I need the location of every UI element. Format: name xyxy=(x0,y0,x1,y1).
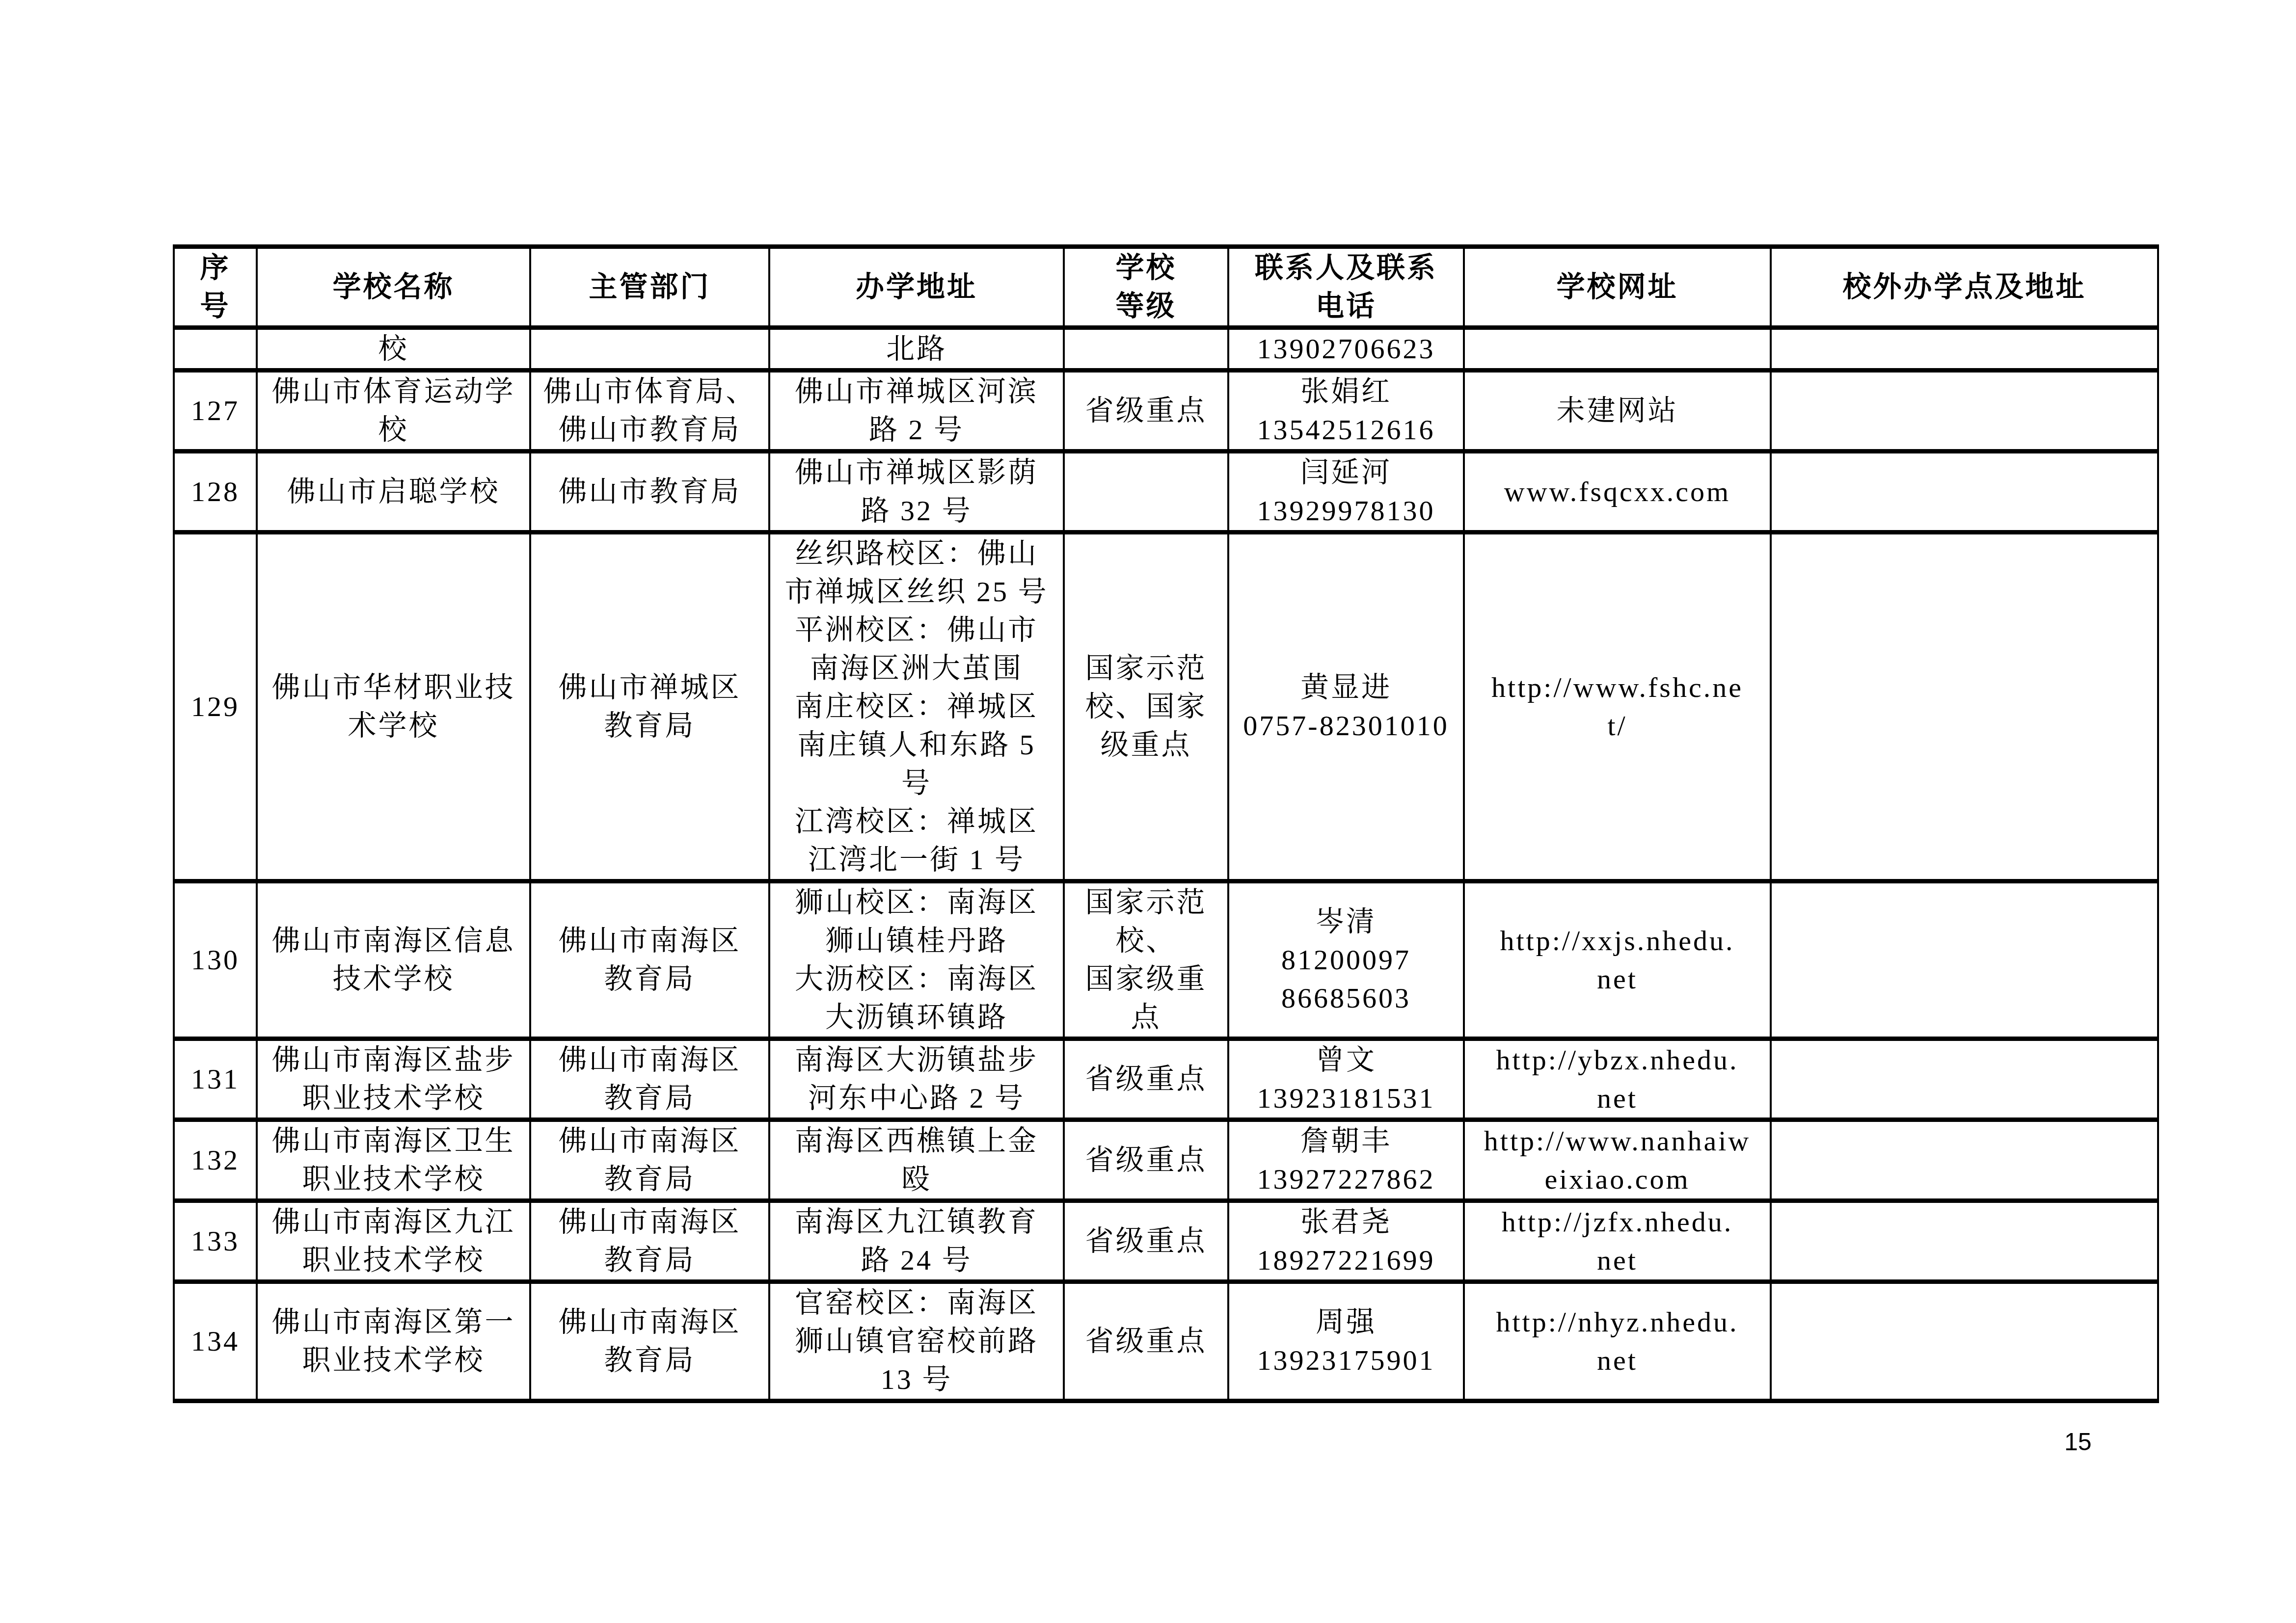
cell-offsite xyxy=(1771,371,2158,452)
cell-level: 省级重点 xyxy=(1064,1120,1228,1201)
table-row: 133佛山市南海区九江 职业技术学校佛山市南海区 教育局南海区九江镇教育 路 2… xyxy=(174,1201,2158,1282)
cell-no: 129 xyxy=(174,532,257,881)
cell-dept: 佛山市南海区 教育局 xyxy=(530,1282,769,1401)
cell-site: http://nhyz.nhedu. net xyxy=(1464,1282,1771,1401)
header-serial-number: 序 号 xyxy=(174,247,257,328)
table-body: 校北路13902706623127佛山市体育运动学 校佛山市体育局、 佛山市教育… xyxy=(174,328,2158,1401)
table-row: 128佛山市启聪学校佛山市教育局佛山市禅城区影荫 路 32 号闫延河 13929… xyxy=(174,452,2158,532)
cell-contact: 张娟红 13542512616 xyxy=(1228,371,1464,452)
schools-table: 序 号 学校名称 主管部门 办学地址 学校 等级 联系人及联系 电话 学校网址 … xyxy=(173,244,2159,1403)
cell-site: http://www.nanhaiw eixiao.com xyxy=(1464,1120,1771,1201)
cell-contact: 13902706623 xyxy=(1228,328,1464,371)
table-header-row: 序 号 学校名称 主管部门 办学地址 学校 等级 联系人及联系 电话 学校网址 … xyxy=(174,247,2158,328)
cell-contact: 闫延河 13929978130 xyxy=(1228,452,1464,532)
cell-level: 省级重点 xyxy=(1064,1039,1228,1120)
cell-addr: 南海区九江镇教育 路 24 号 xyxy=(769,1201,1064,1282)
cell-dept xyxy=(530,328,769,371)
cell-addr: 狮山校区：南海区 狮山镇桂丹路 大沥校区：南海区 大沥镇环镇路 xyxy=(769,881,1064,1039)
cell-dept: 佛山市体育局、 佛山市教育局 xyxy=(530,371,769,452)
cell-addr: 南海区大沥镇盐步 河东中心路 2 号 xyxy=(769,1039,1064,1120)
cell-name: 佛山市南海区第一 职业技术学校 xyxy=(257,1282,530,1401)
cell-name: 佛山市启聪学校 xyxy=(257,452,530,532)
cell-contact: 曾文 13923181531 xyxy=(1228,1039,1464,1120)
cell-addr: 佛山市禅城区河滨 路 2 号 xyxy=(769,371,1064,452)
cell-name: 佛山市华材职业技 术学校 xyxy=(257,532,530,881)
cell-offsite xyxy=(1771,532,2158,881)
cell-offsite xyxy=(1771,328,2158,371)
cell-dept: 佛山市南海区 教育局 xyxy=(530,1039,769,1120)
header-contact-and-phone: 联系人及联系 电话 xyxy=(1228,247,1464,328)
cell-site: http://jzfx.nhedu. net xyxy=(1464,1201,1771,1282)
table-row: 130佛山市南海区信息 技术学校佛山市南海区 教育局狮山校区：南海区 狮山镇桂丹… xyxy=(174,881,2158,1039)
cell-contact: 詹朝丰 13927227862 xyxy=(1228,1120,1464,1201)
header-supervising-department: 主管部门 xyxy=(530,247,769,328)
table-row: 校北路13902706623 xyxy=(174,328,2158,371)
cell-site xyxy=(1464,328,1771,371)
header-school-level: 学校 等级 xyxy=(1064,247,1228,328)
cell-contact: 张君尧 18927221699 xyxy=(1228,1201,1464,1282)
document-page: 序 号 学校名称 主管部门 办学地址 学校 等级 联系人及联系 电话 学校网址 … xyxy=(0,0,2296,1623)
cell-offsite xyxy=(1771,1201,2158,1282)
cell-name: 佛山市南海区九江 职业技术学校 xyxy=(257,1201,530,1282)
cell-offsite xyxy=(1771,1039,2158,1120)
cell-name: 佛山市南海区卫生 职业技术学校 xyxy=(257,1120,530,1201)
cell-no: 134 xyxy=(174,1282,257,1401)
table-row: 131佛山市南海区盐步 职业技术学校佛山市南海区 教育局南海区大沥镇盐步 河东中… xyxy=(174,1039,2158,1120)
table-row: 134佛山市南海区第一 职业技术学校佛山市南海区 教育局官窑校区：南海区 狮山镇… xyxy=(174,1282,2158,1401)
cell-name: 校 xyxy=(257,328,530,371)
cell-offsite xyxy=(1771,881,2158,1039)
cell-site: http://ybzx.nhedu. net xyxy=(1464,1039,1771,1120)
cell-addr: 官窑校区：南海区 狮山镇官窑校前路 13 号 xyxy=(769,1282,1064,1401)
cell-dept: 佛山市教育局 xyxy=(530,452,769,532)
cell-level: 省级重点 xyxy=(1064,1201,1228,1282)
header-school-address: 办学地址 xyxy=(769,247,1064,328)
cell-level: 省级重点 xyxy=(1064,371,1228,452)
cell-offsite xyxy=(1771,452,2158,532)
table-row: 132佛山市南海区卫生 职业技术学校佛山市南海区 教育局南海区西樵镇上金 殴省级… xyxy=(174,1120,2158,1201)
cell-contact: 周强 13923175901 xyxy=(1228,1282,1464,1401)
cell-no: 127 xyxy=(174,371,257,452)
cell-addr: 南海区西樵镇上金 殴 xyxy=(769,1120,1064,1201)
cell-addr: 北路 xyxy=(769,328,1064,371)
header-school-website: 学校网址 xyxy=(1464,247,1771,328)
cell-dept: 佛山市南海区 教育局 xyxy=(530,881,769,1039)
cell-site: http://xxjs.nhedu. net xyxy=(1464,881,1771,1039)
cell-addr: 丝织路校区：佛山 市禅城区丝织 25 号 平洲校区：佛山市 南海区洲大茧围 南庄… xyxy=(769,532,1064,881)
cell-site: www.fsqcxx.com xyxy=(1464,452,1771,532)
cell-no: 133 xyxy=(174,1201,257,1282)
cell-level: 国家示范 校、国家 级重点 xyxy=(1064,532,1228,881)
cell-name: 佛山市南海区信息 技术学校 xyxy=(257,881,530,1039)
table-row: 127佛山市体育运动学 校佛山市体育局、 佛山市教育局佛山市禅城区河滨 路 2 … xyxy=(174,371,2158,452)
header-school-name: 学校名称 xyxy=(257,247,530,328)
cell-level: 国家示范 校、 国家级重 点 xyxy=(1064,881,1228,1039)
cell-contact: 黄显进 0757-82301010 xyxy=(1228,532,1464,881)
cell-no: 132 xyxy=(174,1120,257,1201)
cell-contact: 岑清 81200097 86685603 xyxy=(1228,881,1464,1039)
cell-no: 131 xyxy=(174,1039,257,1120)
cell-offsite xyxy=(1771,1282,2158,1401)
schools-table-container: 序 号 学校名称 主管部门 办学地址 学校 等级 联系人及联系 电话 学校网址 … xyxy=(173,244,2157,1403)
cell-addr: 佛山市禅城区影荫 路 32 号 xyxy=(769,452,1064,532)
cell-no: 128 xyxy=(174,452,257,532)
page-number: 15 xyxy=(2064,1427,2092,1457)
cell-dept: 佛山市南海区 教育局 xyxy=(530,1201,769,1282)
cell-offsite xyxy=(1771,1120,2158,1201)
cell-name: 佛山市南海区盐步 职业技术学校 xyxy=(257,1039,530,1120)
header-offsite-locations: 校外办学点及地址 xyxy=(1771,247,2158,328)
table-row: 129佛山市华材职业技 术学校佛山市禅城区 教育局丝织路校区：佛山 市禅城区丝织… xyxy=(174,532,2158,881)
cell-level xyxy=(1064,328,1228,371)
cell-site: 未建网站 xyxy=(1464,371,1771,452)
cell-no: 130 xyxy=(174,881,257,1039)
cell-name: 佛山市体育运动学 校 xyxy=(257,371,530,452)
cell-dept: 佛山市南海区 教育局 xyxy=(530,1120,769,1201)
cell-site: http://www.fshc.ne t/ xyxy=(1464,532,1771,881)
cell-no xyxy=(174,328,257,371)
cell-dept: 佛山市禅城区 教育局 xyxy=(530,532,769,881)
cell-level xyxy=(1064,452,1228,532)
cell-level: 省级重点 xyxy=(1064,1282,1228,1401)
